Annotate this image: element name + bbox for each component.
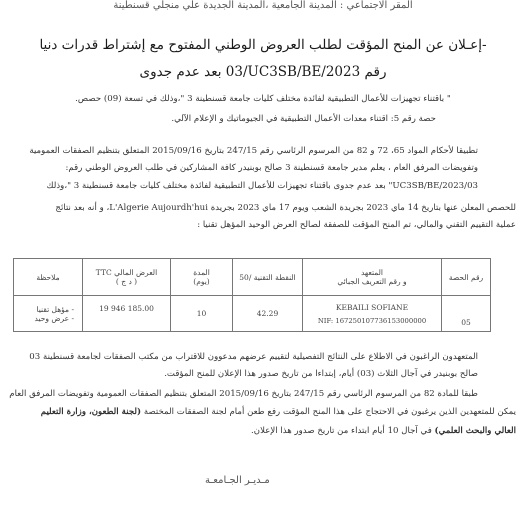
appeal-deadline: في آجال 10 أيام ابتداء من تاريخ صدور هذا… bbox=[251, 426, 432, 436]
signature-title: مـديـر الجـامعـة bbox=[205, 475, 270, 486]
bidder-nif: NIF: 167250107736153000000 bbox=[305, 317, 439, 325]
header-bidder: المتعهد و رقم التعريف الجبائي bbox=[303, 259, 442, 296]
header-duration-label: المدة bbox=[173, 268, 230, 277]
table-header-row: رقم الحصة المتعهد و رقم التعريف الجبائي … bbox=[14, 259, 491, 296]
body-line-5: عملية التقييم التقني والمالي، تم المنح ا… bbox=[197, 220, 516, 230]
closing-para1-line2: صالح بوبنيدر في آجال الثلاث (03) أيام، إ… bbox=[164, 369, 478, 379]
header-lot: رقم الحصة bbox=[442, 259, 491, 296]
subject-line: " باقتناء تجهيزات للأعمال التطبيقية لفائ… bbox=[0, 94, 526, 104]
header-tech-score: النقطة التقنية /50 bbox=[233, 259, 303, 296]
body-line-2: وتفويضات المرفق العام ، يعلم مدير جامعة … bbox=[66, 163, 478, 173]
cell-duration: 10 bbox=[171, 296, 233, 332]
header-address: المقر الاجتماعي : المدينة الجامعية ،المد… bbox=[0, 0, 526, 11]
note-single-offer: - عرض وحيد bbox=[16, 314, 74, 323]
cell-offer: 19 946 185.00 bbox=[83, 296, 171, 332]
header-bidder-nif-label: و رقم التعريف الجبائي bbox=[305, 277, 439, 286]
appeal-committee: (لجنة الطعون، وزارة التعليم bbox=[41, 407, 141, 417]
header-duration: المدة (يوم) bbox=[171, 259, 233, 296]
header-notes: ملاحظة bbox=[14, 259, 83, 296]
closing-para2-line3: العالي والبحث العلمي) في آجال 10 أيام اب… bbox=[251, 426, 516, 436]
announcement-title: -إعـلان عن المنح المؤقت لطلب العروض الوط… bbox=[0, 37, 526, 53]
reference-suffix: بعد عدم جدوى bbox=[140, 64, 222, 80]
cell-lot: 05 bbox=[442, 296, 491, 332]
header-offer-currency: ( د ج ) bbox=[85, 277, 168, 286]
reference-prefix: رقم bbox=[365, 64, 387, 80]
header-bidder-label: المتعهد bbox=[305, 268, 439, 277]
reference-number: 03/UC3SB/BE/2023 bbox=[226, 64, 360, 80]
appeal-text: يمكن للمتعهدين الذين يرغبون في الاحتجاج … bbox=[144, 407, 516, 417]
note-qualified: - مؤهل تقنيا bbox=[16, 305, 74, 314]
cell-bidder: KEBAILI SOFIANE NIF: 1672501077361530000… bbox=[303, 296, 442, 332]
cell-notes: - مؤهل تقنيا - عرض وحيد bbox=[14, 296, 83, 332]
table-row: 05 KEBAILI SOFIANE NIF: 1672501077361530… bbox=[14, 296, 491, 332]
body-line-3: 03/UC3SB/BE/2023" بعد عدم جدوى باقتناء ت… bbox=[46, 181, 478, 191]
announcement-reference: رقم 03/UC3SB/BE/2023 بعد عدم جدوى bbox=[0, 64, 526, 80]
header-offer-label: العرض المالي TTC bbox=[85, 268, 168, 277]
ministry-name: العالي والبحث العلمي) bbox=[435, 426, 516, 436]
body-line-4: للحصص المعلن عنها بتاريخ 14 ماي 2023 بجر… bbox=[55, 203, 516, 213]
lot-description: حصة رقم 5: اقتناء معدات الأعمال التطبيقي… bbox=[171, 114, 436, 124]
closing-para1-line1: المتعهدون الراغبون في الاطلاع على النتائ… bbox=[29, 352, 478, 362]
closing-para2-line1: طبقا للمادة 82 من المرسوم الرئاسي رقم 24… bbox=[9, 389, 478, 399]
bidder-name: KEBAILI SOFIANE bbox=[305, 303, 439, 312]
cell-tech-score: 42.29 bbox=[233, 296, 303, 332]
body-line-1: تطبيقا لأحكام المواد 65، 72 و 82 من المر… bbox=[29, 146, 478, 156]
header-offer: العرض المالي TTC ( د ج ) bbox=[83, 259, 171, 296]
header-duration-unit: (يوم) bbox=[173, 277, 230, 286]
closing-para2-line2: يمكن للمتعهدين الذين يرغبون في الاحتجاج … bbox=[41, 407, 516, 417]
award-table: رقم الحصة المتعهد و رقم التعريف الجبائي … bbox=[13, 258, 491, 332]
